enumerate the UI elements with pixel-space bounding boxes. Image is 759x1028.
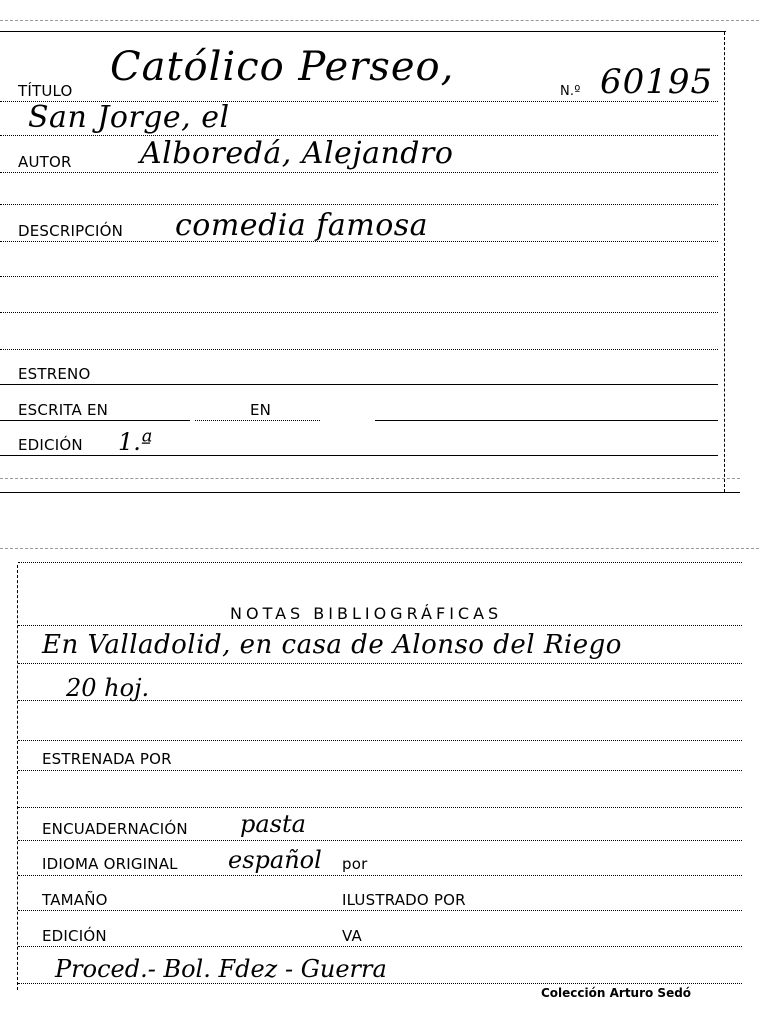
va-label: VA: [342, 927, 362, 945]
premiere-rule: [0, 384, 718, 385]
card-bottom-edge: [0, 492, 740, 493]
title-label: TÍTULO: [18, 82, 73, 100]
author-rule: [0, 172, 718, 173]
size-label: TAMAÑO: [42, 891, 108, 909]
notes-rule-2: [18, 663, 742, 664]
written-in-rule: [0, 420, 190, 421]
author-label: AUTOR: [18, 153, 72, 171]
catalog-number: 60195: [600, 62, 713, 102]
collection-credit: Colección Arturo Sedó: [541, 986, 691, 1000]
edition-back-rule: [18, 946, 742, 947]
notes-line-2: 20 hoj.: [66, 674, 149, 702]
description-rule: [0, 241, 718, 242]
notes-rule-3: [18, 700, 742, 701]
language-rule: [18, 875, 742, 876]
edition-value: 1.ª: [118, 428, 152, 456]
author-value: Alboredá, Alejandro: [140, 136, 453, 171]
provenance-value: Proced.- Bol. Fdez - Guerra: [55, 955, 387, 983]
original-language-value: español: [228, 846, 322, 874]
premiered-by-label: ESTRENADA POR: [42, 750, 172, 768]
number-label: N.º: [560, 84, 581, 99]
premiere-label: ESTRENO: [18, 365, 91, 383]
scan-noise-back-top: [0, 548, 759, 551]
binding-value: pasta: [240, 810, 306, 838]
notes-line-1: En Valladolid, en casa de Alonso del Rie…: [42, 630, 622, 660]
scan-noise-mid: [0, 478, 740, 481]
premiered-by-rule: [18, 770, 742, 771]
original-language-label: IDIOMA ORIGINAL: [42, 855, 178, 873]
bibliographic-notes-heading: NOTAS BIBLIOGRÁFICAS: [230, 604, 502, 623]
back-edition-label: EDICIÓN: [42, 927, 107, 945]
card-back-top-edge: [18, 562, 742, 563]
card-top-edge: [0, 31, 726, 32]
notes-rule-4: [18, 740, 742, 741]
binding-label: ENCUADERNACIÓN: [42, 820, 188, 838]
notes-rule-1: [18, 625, 742, 626]
card-right-edge: [724, 32, 725, 492]
binding-rule: [18, 840, 742, 841]
in-label: EN: [250, 401, 271, 419]
illustrated-by-label: ILUSTRADO POR: [342, 891, 466, 909]
edition-rule: [0, 455, 718, 456]
por-label: por: [342, 855, 367, 873]
description-value: comedia famosa: [175, 208, 428, 243]
blank-rule-3: [0, 312, 718, 313]
written-in-rule-right: [375, 420, 718, 421]
edition-label: EDICIÓN: [18, 436, 83, 454]
blank-rule-4: [0, 349, 718, 350]
scan-noise-top: [0, 20, 759, 23]
title-value-line2: San Jorge, el: [28, 100, 230, 135]
blank-rule-2: [0, 276, 718, 277]
in-rule: [195, 420, 320, 421]
title-value-line1: Católico Perseo,: [110, 44, 454, 90]
provenance-rule: [18, 983, 742, 984]
description-label: DESCRIPCIÓN: [18, 222, 123, 240]
card-back-left-edge: [17, 565, 18, 990]
size-rule: [18, 910, 742, 911]
written-in-label: ESCRITA EN: [18, 401, 108, 419]
blank-rule-1: [0, 204, 718, 205]
blank-rule-back: [18, 807, 742, 808]
